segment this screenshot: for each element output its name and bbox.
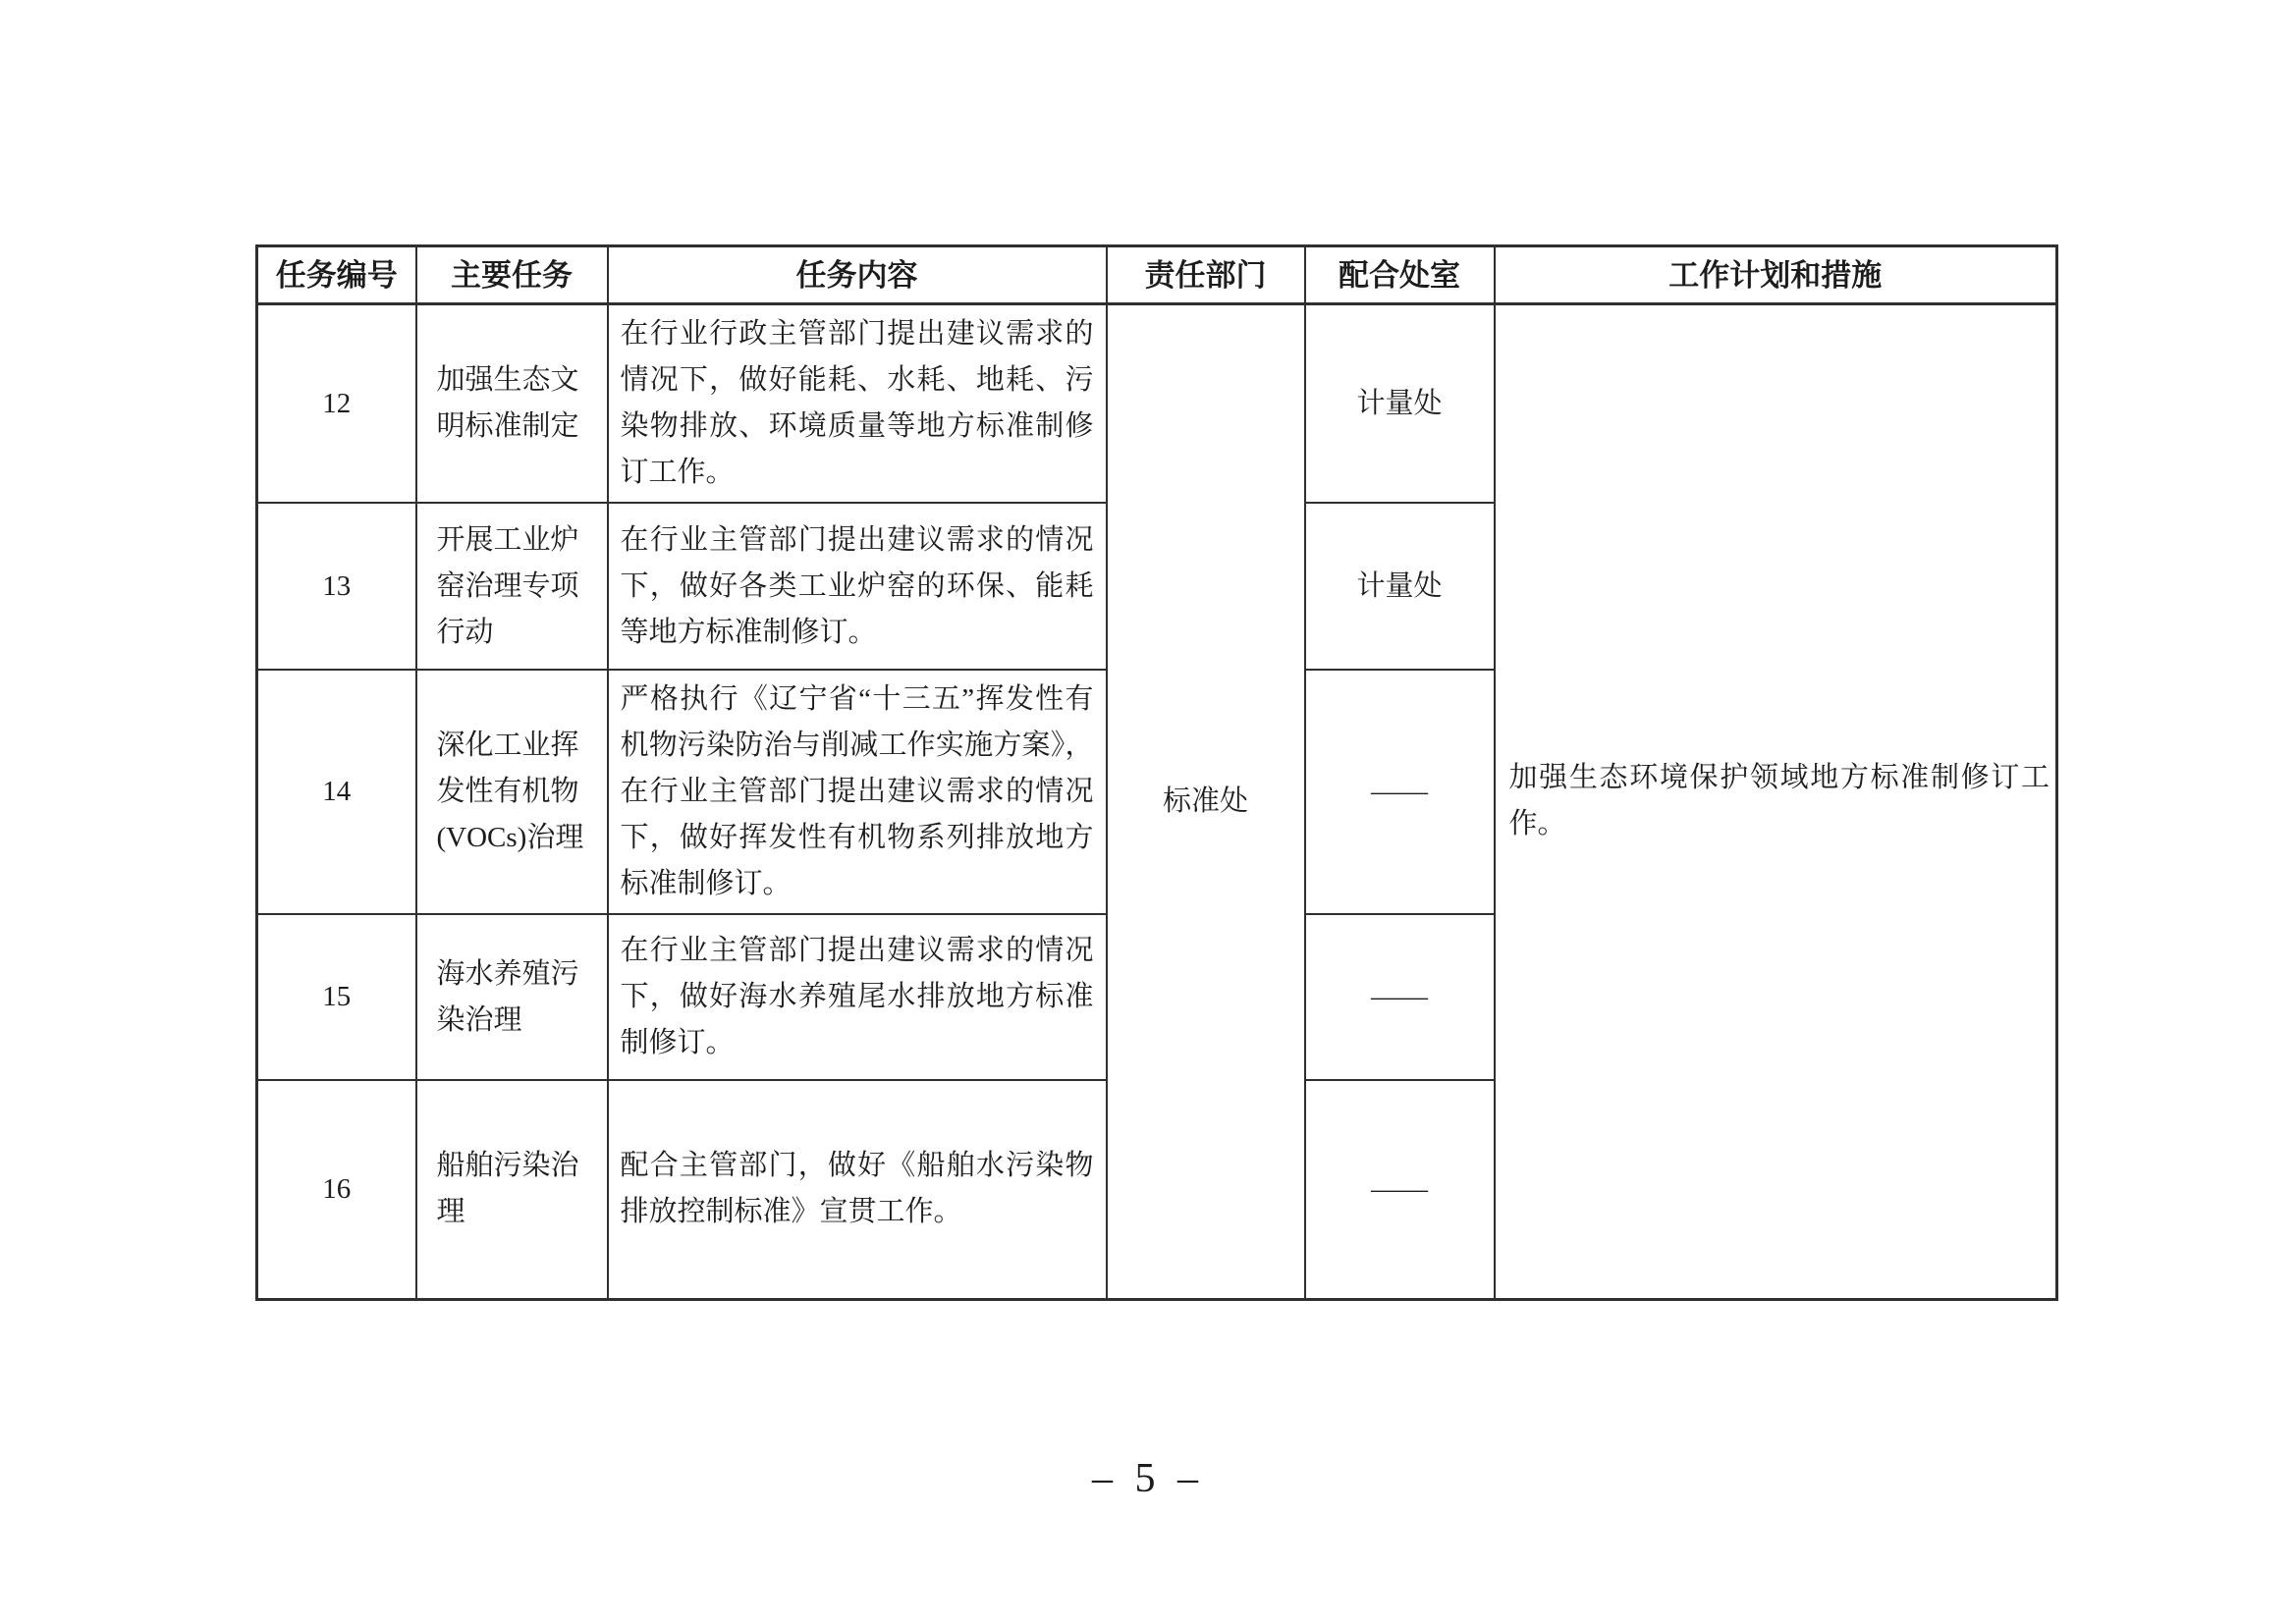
- coop-office-cell: ——: [1305, 914, 1495, 1080]
- main-task-cell: 船舶污染治理: [416, 1080, 608, 1299]
- task-content-cell: 在行业主管部门提出建议需求的情况下，做好各类工业炉窑的环保、能耗等地方标准制修订…: [608, 503, 1107, 670]
- task-id-cell: 12: [257, 304, 416, 504]
- header-responsible-dept: 责任部门: [1107, 246, 1305, 304]
- table-row: 12 加强生态文明标准制定 在行业行政主管部门提出建议需求的情况下，做好能耗、水…: [257, 304, 2057, 504]
- task-content-cell: 在行业行政主管部门提出建议需求的情况下，做好能耗、水耗、地耗、污染物排放、环境质…: [608, 304, 1107, 504]
- main-task-cell: 海水养殖污染治理: [416, 914, 608, 1080]
- header-work-plan: 工作计划和措施: [1495, 246, 2057, 304]
- responsible-dept-cell: 标准处: [1107, 304, 1305, 1300]
- coop-office-cell: 计量处: [1305, 503, 1495, 670]
- header-task-id: 任务编号: [257, 246, 416, 304]
- coop-office-cell: ——: [1305, 1080, 1495, 1299]
- task-id-cell: 13: [257, 503, 416, 670]
- table-header-row: 任务编号 主要任务 任务内容 责任部门 配合处室 工作计划和措施: [257, 246, 2057, 304]
- task-id-cell: 16: [257, 1080, 416, 1299]
- coop-office-cell: ——: [1305, 670, 1495, 914]
- document-page: 任务编号 主要任务 任务内容 责任部门 配合处室 工作计划和措施 12 加强生态…: [0, 0, 2296, 1623]
- main-task-cell: 深化工业挥发性有机物(VOCs)治理: [416, 670, 608, 914]
- main-task-cell: 加强生态文明标准制定: [416, 304, 608, 504]
- task-id-cell: 14: [257, 670, 416, 914]
- work-plan-cell: 加强生态环境保护领域地方标准制修订工作。: [1495, 304, 2057, 1300]
- task-content-cell: 在行业主管部门提出建议需求的情况下，做好海水养殖尾水排放地方标准制修订。: [608, 914, 1107, 1080]
- header-coop-office: 配合处室: [1305, 246, 1495, 304]
- page-number: – 5 –: [0, 1455, 2296, 1502]
- task-id-cell: 15: [257, 914, 416, 1080]
- header-main-task: 主要任务: [416, 246, 608, 304]
- task-content-cell: 配合主管部门，做好《船舶水污染物排放控制标准》宣贯工作。: [608, 1080, 1107, 1299]
- main-task-cell: 开展工业炉窑治理专项行动: [416, 503, 608, 670]
- task-content-cell: 严格执行《辽宁省“十三五”挥发性有机物污染防治与削减工作实施方案》，在行业主管部…: [608, 670, 1107, 914]
- task-table: 任务编号 主要任务 任务内容 责任部门 配合处室 工作计划和措施 12 加强生态…: [255, 244, 2058, 1301]
- header-task-content: 任务内容: [608, 246, 1107, 304]
- coop-office-cell: 计量处: [1305, 304, 1495, 504]
